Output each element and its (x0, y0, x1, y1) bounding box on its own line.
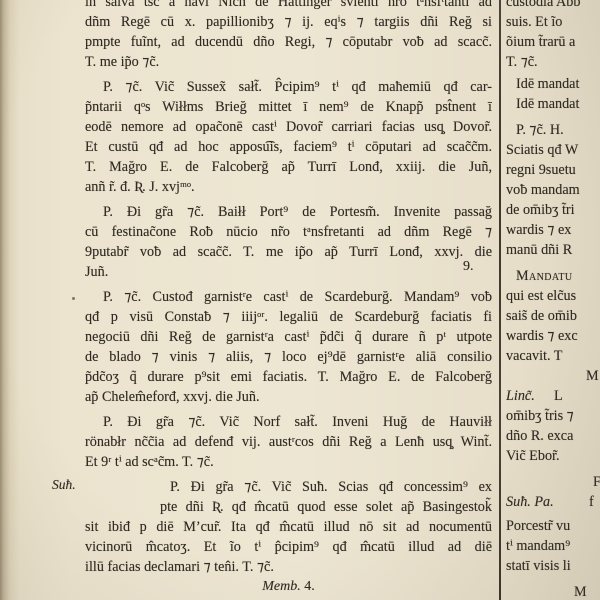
main-text-column: in salva t̃sc̃ a navi Nicħ de Hattinger … (85, 0, 492, 582)
text-line: P. Ði gr̃a ⁊c̃. Baiłł Port⁹ de Portesm̃.… (85, 202, 492, 222)
text-line: P. Ði gr̃a ⁊c̃. Vic̃ Norf sałt̃. Inveni … (85, 412, 492, 432)
text-line: regni 9suetu (506, 160, 600, 180)
membrane-footer: Memb. 4. (85, 579, 492, 595)
text-line: M (506, 366, 600, 386)
paragraph: P. Ði gr̃a ⁊c̃. Vic̃ Norf sałt̃. Inveni … (85, 412, 492, 472)
text-line: Et 9ʳ tⁱ ad scᵃc̃m. T. ⁊c̃. (85, 452, 492, 472)
paragraph: in salva t̃sc̃ a navi Nicħ de Hattinger … (85, 0, 492, 72)
text-line: qđ p visū Constaƀ ⁊ iiijᵒʳ. legaliū de S… (85, 307, 492, 327)
text-line: wardis ⁊ exc (506, 326, 600, 346)
membrane-number: 4. (304, 579, 315, 594)
text-line: illū facias declamari ⁊ ten̂i. T. ⁊c̃. (85, 557, 492, 577)
paragraph: P. Ði gr̃a ⁊c̃. Baiłł Port⁹ de Portesm̃.… (85, 202, 492, 282)
text-line: P. ⁊c̃. Custođ garnistʳe castⁱ de Scarde… (85, 287, 492, 307)
text-line: Et custū qđ ad hoc apposu͡is, faciem⁹ tⁱ… (85, 137, 492, 157)
text-line: anñ r̃. đ. Ʀ. J. xvjᵐᵒ. (85, 177, 492, 197)
text-line: Vic̃ Ebor̃. (506, 446, 600, 466)
text-line: manū dñi R (506, 240, 600, 260)
text-line: Linc̃.L (506, 386, 600, 406)
text-line: dñm Regē cū x. papillionibʒ ⁊ ij. eqⁱs ⁊… (85, 12, 492, 32)
text-line: in salva t̃sc̃ a navi Nicħ de Hattinger … (85, 0, 492, 12)
text-line: pmpte fuĩnt, ad ducendū dño Regi, ⁊ cōpu… (85, 32, 492, 52)
text-line: Idē mandat (506, 94, 600, 114)
text-line: dño R. exca (506, 426, 600, 446)
paragraph: P. ⁊c̃. Custođ garnistʳe castⁱ de Scarde… (85, 287, 492, 407)
text-line: qui est elc̃us (506, 286, 600, 306)
text-line: M (506, 582, 600, 600)
text-line: voƀ mandam (506, 180, 600, 200)
text-line: cū festinac̃one Roƀ nūcio nr̃o tᵃnsfreta… (85, 222, 492, 242)
adjacent-text-column: custodia Abb̃suis. Et ĩoõium t̃rarū aT. … (506, 0, 600, 600)
text-line: de blado ⁊ vinis ⁊ aliis, ⁊ loco ej⁹dē g… (85, 347, 492, 367)
text-line: custodia Abb̃ (506, 0, 600, 12)
column-divider-rule (499, 0, 501, 600)
text-line: T. Mağro E. de Falcoberğ ap̃ Turrī Lonđ,… (85, 157, 492, 177)
book-page-scan: in salva t̃sc̃ a navi Nicħ de Hattinger … (0, 0, 600, 600)
text-line: Porcestr̃ vu (506, 516, 600, 536)
text-fragment: f (589, 492, 594, 512)
text-line: wardis ⁊ ex (506, 220, 600, 240)
text-line: statī visis li (506, 556, 600, 576)
text-line: de om̄ibʒ t̃ri (506, 200, 600, 220)
text-line: F (506, 472, 600, 492)
paper-speck (72, 297, 75, 300)
text-line: õium t̃rarū a (506, 32, 600, 52)
text-line: sit ibiđ p diē M’cur̃. Ita qđ m̂catū ill… (85, 517, 492, 537)
text-line: vacavit. T (506, 346, 600, 366)
text-line: T. me ip̃o ⁊c̃. (85, 52, 492, 72)
text-line: sais̃ de om̄ib (506, 306, 600, 326)
margin-note: Suħ. Pa. (506, 494, 554, 510)
text-line: eodē nemore ad opac̃onē castⁱ Dovor̃ car… (85, 117, 492, 137)
text-line: negociū dñi Reğ de garnistʳa castⁱ p̃dc̃… (85, 327, 492, 347)
text-line: P. Ði gr̃a ⁊c̃. Vic̃ Suħ. Scias qđ conce… (85, 477, 492, 497)
text-line: p̃ntarii qᵒs Wiłłms Brieğ mittet ī nem⁹ … (85, 97, 492, 117)
entry-number: 9. (463, 259, 474, 275)
text-line: pte dñi Ʀ. qđ m̂catū quod esse solet ap̃… (85, 497, 492, 517)
paragraph: P. Ði gr̃a ⁊c̃. Vic̃ Suħ. Scias qđ conce… (85, 477, 492, 577)
text-line: suis. Et ĩo (506, 12, 600, 32)
margin-note: Linc̃. (506, 388, 535, 404)
paragraph: P. ⁊c̃. Vic̃ Sussex̃ sałt̃. P̂cipim⁹ tⁱ … (85, 77, 492, 197)
text-line: P. ⁊c̃. Vic̃ Sussex̃ sałt̃. P̂cipim⁹ tⁱ … (85, 77, 492, 97)
text-line: Mandatu (506, 266, 600, 286)
text-line: ap̃ Chelem̂eforđ, xxvj. die Juñ. (85, 387, 492, 407)
text-line: Suħ. Pa.f (506, 492, 600, 512)
margin-note-suh: Suħ. (52, 477, 76, 493)
text-line: Juñ. (85, 262, 492, 282)
text-fragment: L (554, 386, 563, 406)
text-line: Idē mandat (506, 74, 600, 94)
text-line: tⁱ mandam⁹ (506, 536, 600, 556)
text-line: T. ⁊c̃. (506, 52, 600, 72)
text-line: rönabłr nc̃c̃ia ad defenđ vij. austʳcos … (85, 432, 492, 452)
text-line: P. ⁊c̃. H. (506, 120, 600, 140)
text-line: Sciatis qđ W (506, 140, 600, 160)
text-line: p̃dc̃oʒ q̃ durare p⁹sit emi faciatis. T.… (85, 367, 492, 387)
membrane-label: Memb. (262, 579, 301, 594)
text-line: om̄ibʒ t̃ris ⁊ (506, 406, 600, 426)
text-line: vicinorū m̂catoʒ. Et ĩo tⁱ p̂cipim⁹ qđ m… (85, 537, 492, 557)
text-line: 9putabr̃ voƀ ad scac̃c̃. T. me ip̃o ap̃ … (85, 242, 492, 262)
